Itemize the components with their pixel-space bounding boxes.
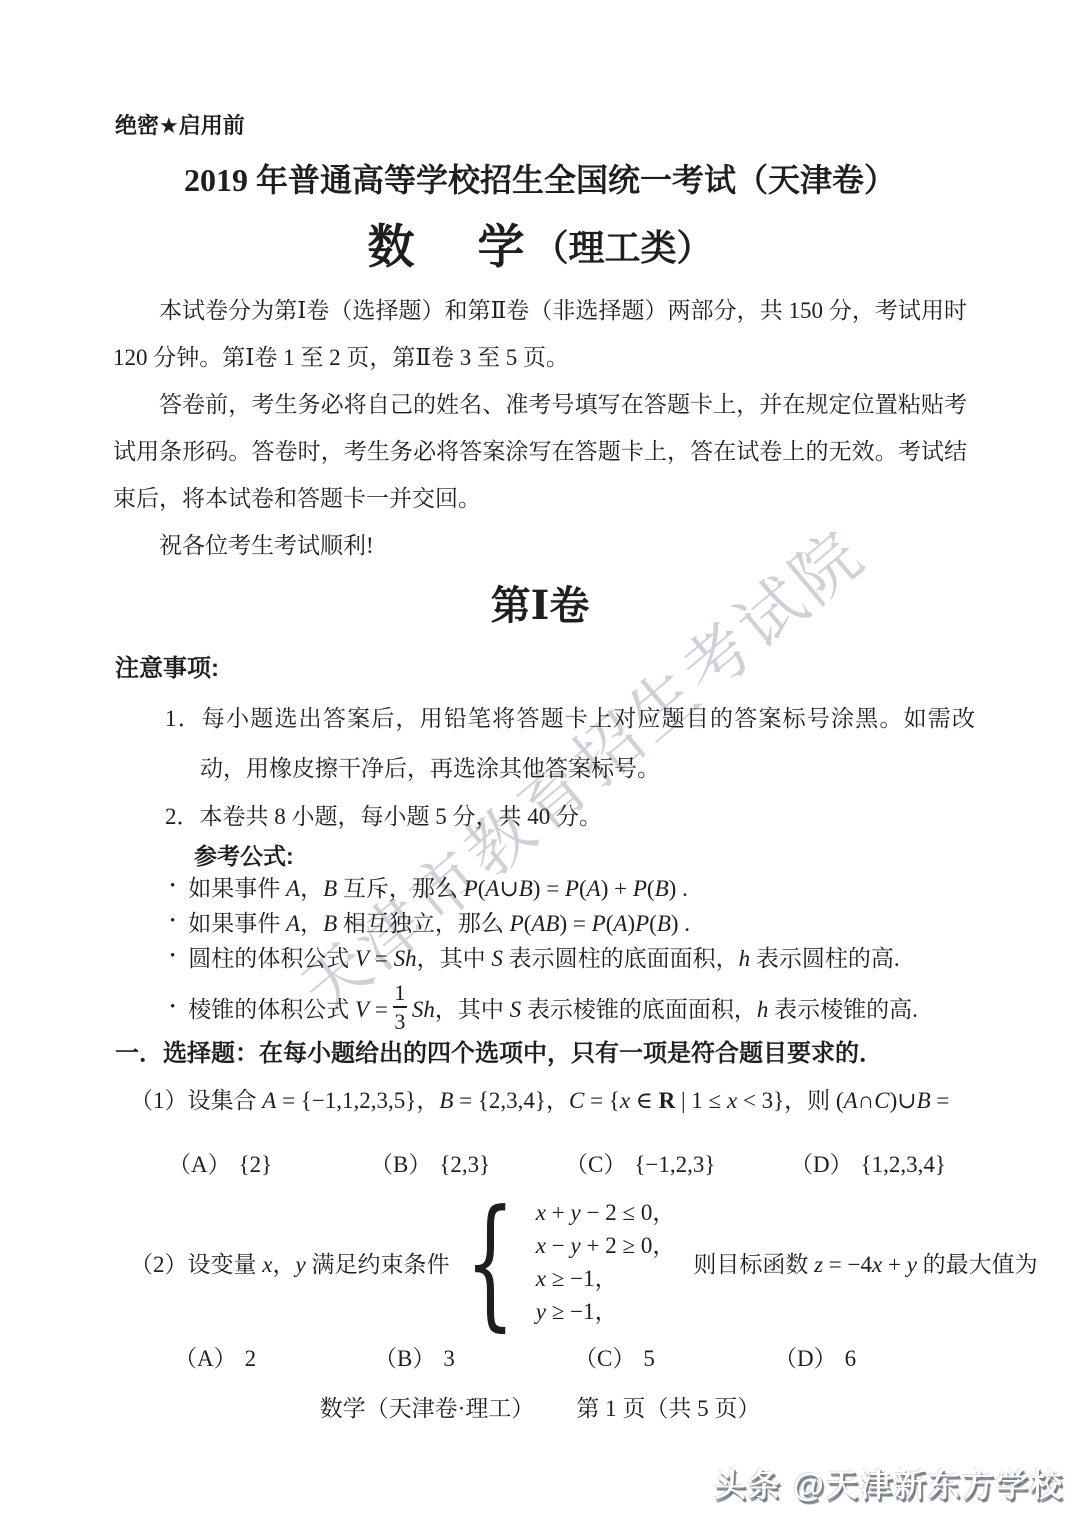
math-segment: 如果事件 [188,876,286,901]
math-segment: C [874,1088,889,1113]
classification-banner: 绝密★启用前 [115,109,245,140]
constraint-4: y ≥ −1， [536,1295,676,1328]
math-segment: < 3} [737,1088,784,1113]
bullet-icon: • [170,999,175,1016]
math-segment: 棱锥的体积公式 [188,997,355,1022]
bullet-icon: • [170,878,175,895]
option-label: （A） [168,1152,231,1177]
constraint-3: x ≥ −1， [536,1262,676,1295]
math-segment: − 2 ≤ 0， [581,1200,676,1225]
math-segment: B [439,1088,453,1113]
math-segment: 表示棱锥的底面面积， [521,997,757,1022]
math-segment: 表示圆柱的高. [750,946,900,971]
math-segment: ， [300,876,323,901]
option-label: （C） [574,1346,635,1371]
math-segment: x [536,1266,546,1291]
option-label: （B） [374,1346,435,1371]
formula-independent-events: • 如果事件 A，B 相互独立，那么 P(AB) = P(A)P(B) . [170,905,690,938]
math-segment: ) . [671,911,690,936]
question-2: （2）设变量 x，y 满足约束条件 { x + y − 2 ≤ 0， x − y… [130,1192,1038,1332]
math-segment: = { [584,1088,620,1113]
option-label: （A） [174,1346,237,1371]
math-segment: ) . [669,876,688,901]
option-b: （B）{2,3} [370,1146,565,1179]
math-segment: 满足约束条件 [306,1252,450,1277]
math-segment: ) = [533,876,565,901]
option-value: {−1,2,3} [634,1152,715,1177]
formula-text: 如果事件 A，B 相互独立，那么 P(AB) = P(A)P(B) . [188,905,690,938]
math-segment: 如果事件 [188,911,286,936]
option-c: （C）5 [574,1340,774,1373]
math-segment: P [633,876,647,901]
math-segment: B [657,911,671,936]
option-label: （C） [565,1152,626,1177]
math-segment: V [355,946,369,971]
math-segment: A [286,876,300,901]
math-segment: ) [627,911,635,936]
math-segment: A [485,876,499,901]
math-segment: ≥ −1， [546,1266,618,1291]
math-segment: y [536,1299,546,1324]
math-segment: ≥ −1， [546,1299,618,1324]
math-segment: A [587,876,601,901]
option-d: （D）6 [774,1340,974,1373]
math-segment: ，其中 [435,997,510,1022]
notes-title: 注意事项: [115,648,219,683]
math-segment: P [565,876,579,901]
toutiao-school-watermark: 头条 @天津新东方学校 [714,1460,1064,1506]
option-a: （A）2 [174,1340,374,1373]
math-segment: h [757,997,769,1022]
math-segment: A [286,911,300,936]
math-segment: )∪ [890,1088,917,1113]
option-c: （C）{−1,2,3} [565,1146,790,1179]
fraction-denominator: 3 [394,1010,405,1033]
option-b: （B）3 [374,1340,574,1373]
math-segment: 相互独立，那么 [337,911,510,936]
subject-title: 数 学（理工类） [0,210,1080,277]
math-segment: P [592,911,606,936]
formula-text: Sh，其中 S 表示棱锥的底面面积，h 表示棱锥的高. [412,991,918,1024]
math-segment: A [844,1088,858,1113]
exam-paper-page: 天津市教育招生考试院 绝密★启用前 2019 年普通高等学校招生全国统一考试（天… [0,0,1080,1527]
math-segment: ∈ [630,1088,659,1113]
math-segment: P [464,876,478,901]
math-segment: ， [300,911,323,936]
fraction-one-third: 1 3 [393,981,407,1033]
math-segment: C [569,1088,584,1113]
subject-category: （理工类） [532,227,712,268]
formula-pyramid-volume: • 棱锥的体积公式 V = 1 3 Sh，其中 S 表示棱锥的底面面积，h 表示… [170,976,918,1038]
math-segment: h [739,946,751,971]
math-segment: P [510,911,524,936]
formula-text: 圆柱的体积公式 V = Sh，其中 S 表示圆柱的底面面积，h 表示圆柱的高. [188,940,899,973]
constraint-1: x + y − 2 ≤ 0， [536,1196,676,1229]
math-segment: ( [579,876,587,901]
note-item-2: 2．本卷共 8 小题，每小题 5 分，共 40 分。 [165,792,602,842]
page-footer: 数学（天津卷·理工）第 1 页（共 5 页） [0,1390,1080,1423]
math-segment: V [355,997,369,1022]
fraction-bar [393,1006,407,1008]
math-segment: y [571,1200,581,1225]
math-segment: 互斥，那么 [337,876,464,901]
constraint-system: x + y − 2 ≤ 0， x − y + 2 ≥ 0， x ≥ −1， y … [536,1196,676,1328]
math-segment: ) + [601,876,633,901]
bullet-icon: • [170,913,175,930]
exam-title: 2019 年普通高等学校招生全国统一考试（天津卷） [0,155,1080,201]
math-segment: （2）设变量 [130,1252,262,1277]
question-1-options: （A）{2} （B）{2,3} （C）{−1,2,3} （D）{1,2,3,4} [168,1146,946,1179]
math-segment: + [882,1252,906,1277]
footer-doc-label: 数学（天津卷·理工） [320,1396,535,1421]
math-segment: ( [649,911,657,936]
math-segment: x [536,1200,546,1225]
question-2-lead: （2）设变量 x，y 满足约束条件 [130,1246,449,1279]
option-value: {2} [239,1152,273,1177]
math-segment: = [931,1088,950,1113]
math-segment: − [546,1233,570,1258]
intro-paragraph-1: 本试卷分为第Ⅰ卷（选择题）和第Ⅱ卷（非选择题）两部分，共 150 分，考试用时 … [113,287,967,381]
wish-line: 祝各位考生考试顺利! [113,522,967,569]
math-segment: ( [647,876,655,901]
math-segment: + [546,1200,570,1225]
math-segment: x [872,1252,882,1277]
math-segment: P [635,911,649,936]
math-segment: ， [272,1252,295,1277]
section-1-heading: 一．选择题：在每小题给出的四个选项中，只有一项是符合题目要求的． [115,1033,883,1068]
question-2-tail: 则目标函数 z = −4x + y 的最大值为 [693,1246,1037,1279]
math-segment: Sh [394,946,417,971]
option-label: （D） [774,1346,837,1371]
formula-text: 如果事件 A，B 互斥，那么 P(A∪B) = P(A) + P(B) . [188,870,688,903]
math-segment: B [323,876,337,901]
option-label: （B） [370,1152,431,1177]
math-segment: AB [531,911,559,936]
math-segment: A [262,1088,276,1113]
math-segment: 的最大值为 [917,1252,1038,1277]
formula-cylinder-volume: • 圆柱的体积公式 V = Sh，其中 S 表示圆柱的底面面积，h 表示圆柱的高… [170,940,900,973]
math-segment: 圆柱的体积公式 [188,946,355,971]
option-value: {2,3} [439,1152,490,1177]
math-segment: = [369,946,393,971]
option-label: （D） [790,1152,853,1177]
math-segment: B [323,911,337,936]
question-1-stem: （1）设集合 A = {−1,1,2,3,5}，B = {2,3,4}，C = … [130,1082,949,1115]
option-a: （A）{2} [168,1146,370,1179]
formula-text: 棱锥的体积公式 V = [188,991,388,1024]
math-segment: ∪ [499,876,518,901]
math-segment: B [655,876,669,901]
formula-mutually-exclusive: • 如果事件 A，B 互斥，那么 P(A∪B) = P(A) + P(B) . [170,870,688,903]
constraint-2: x − y + 2 ≥ 0， [536,1229,676,1262]
math-segment: 表示圆柱的底面面积， [503,946,739,971]
math-segment: x [536,1233,546,1258]
question-2-options: （A）2 （B）3 （C）5 （D）6 [174,1340,974,1373]
math-segment: R [659,1088,676,1113]
math-segment: S [491,946,503,971]
math-segment: = −4 [823,1252,872,1277]
math-segment: x [620,1088,630,1113]
option-d: （D）{1,2,3,4} [790,1146,946,1179]
option-value: 2 [245,1346,257,1371]
math-segment: ∩ [858,1088,875,1113]
option-value: 5 [643,1346,655,1371]
math-segment: z [814,1252,823,1277]
math-segment: ，则 ( [784,1088,843,1113]
math-segment: Sh [412,997,435,1022]
math-segment: y [295,1252,305,1277]
subject-name: 数 学 [367,220,532,273]
math-segment: x [262,1252,272,1277]
math-segment: y [907,1252,917,1277]
math-segment: （1）设集合 [130,1088,262,1113]
option-value: {1,2,3,4} [861,1152,946,1177]
math-segment: | 1 ≤ [675,1088,727,1113]
option-value: 3 [443,1346,455,1371]
footer-page-number: 第 1 页（共 5 页） [576,1396,760,1421]
reference-formulas-title: 参考公式: [194,838,294,871]
math-segment: A [613,911,627,936]
note-item-1: 1．每小题选出答案后，用铅笔将答题卡上对应题目的答案标号涂黑。如需改动，用橡皮擦… [115,694,975,794]
math-segment: y [571,1233,581,1258]
intro-paragraph-2: 答卷前，考生务必将自己的姓名、准考号填写在答题卡上，并在规定位置粘贴考试用条形码… [113,381,967,522]
part-1-title: 第Ⅰ卷 [0,574,1080,631]
fraction-numerator: 1 [394,981,405,1004]
math-segment: B [519,876,533,901]
bullet-icon: • [170,948,175,965]
math-segment: B [917,1088,931,1113]
math-segment: ，其中 [417,946,492,971]
math-segment: x [727,1088,737,1113]
math-segment: = {2,3,4}， [453,1088,569,1113]
math-segment: ) = [559,911,591,936]
option-value: 6 [845,1346,857,1371]
math-segment: 表示棱锥的高. [768,997,918,1022]
math-segment: = {−1,1,2,3,5}， [276,1088,439,1113]
math-segment: 则目标函数 [693,1252,814,1277]
math-segment: S [510,997,522,1022]
math-segment: = [369,997,388,1022]
curly-brace: { [466,1195,516,1330]
math-segment: + 2 ≥ 0， [581,1233,676,1258]
